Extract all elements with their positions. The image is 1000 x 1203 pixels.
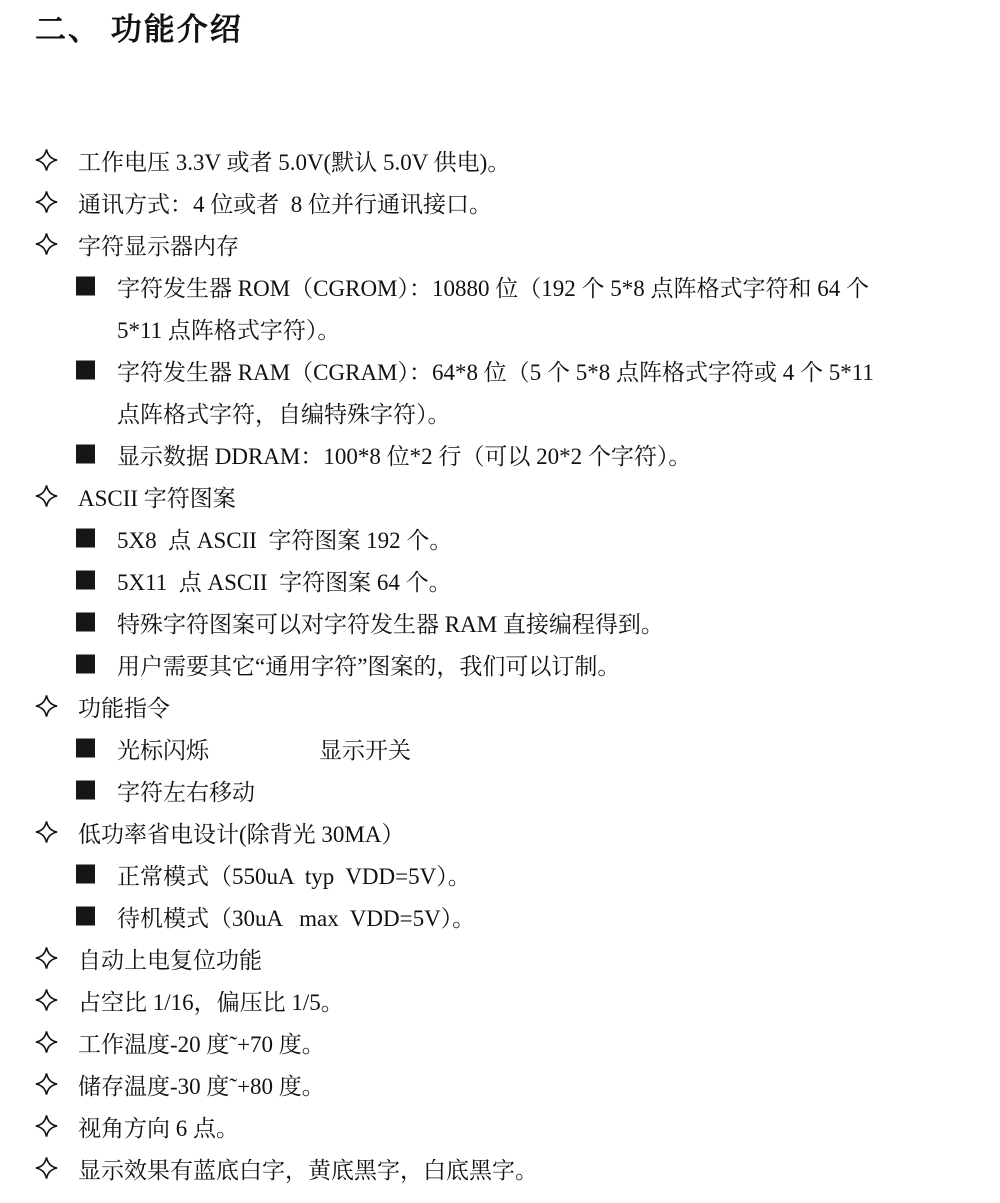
square-bullet-shape — [76, 613, 95, 632]
feature-text: 5X11 点 ASCII 字符图案 64 个。 — [117, 564, 452, 597]
feature-line: 通讯方式：4 位或者 8 位并行通讯接口。 — [0, 181, 1000, 223]
diamond-bullet-icon — [35, 149, 58, 172]
diamond-bullet-icon — [35, 1031, 58, 1054]
feature-text: 工作温度-20 度˜+70 度。 — [78, 1026, 325, 1059]
column-gap — [209, 748, 319, 749]
feature-line: 5X8 点 ASCII 字符图案 192 个。 — [0, 517, 1000, 559]
diamond-bullet-icon — [35, 989, 58, 1012]
feature-text: 字符左右移动 — [117, 774, 255, 807]
diamond-bullet-icon — [35, 191, 58, 214]
square-bullet-icon — [76, 361, 95, 380]
square-bullet-icon — [76, 277, 95, 296]
square-bullet-shape — [76, 655, 95, 674]
feature-text: 特殊字符图案可以对字符发生器 RAM 直接编程得到。 — [117, 606, 664, 639]
feature-text: 光标闪烁 — [117, 732, 209, 765]
feature-line: 字符发生器 RAM（CGRAM）：64*8 位（5 个 5*8 点阵格式字符或 … — [0, 349, 1000, 391]
feature-line: 用户需要其它“通用字符”图案的，我们可以订制。 — [0, 643, 1000, 685]
feature-text: 正常模式（550uA typ VDD=5V）。 — [117, 858, 471, 891]
feature-line: 特殊字符图案可以对字符发生器 RAM 直接编程得到。 — [0, 601, 1000, 643]
feature-line-continuation: 5*11 点阵格式字符）。 — [0, 307, 1000, 349]
feature-line: 正常模式（550uA typ VDD=5V）。 — [0, 853, 1000, 895]
feature-line: 占空比 1/16，偏压比 1/5。 — [0, 979, 1000, 1021]
square-bullet-shape — [76, 277, 95, 296]
feature-text: 功能指令 — [78, 690, 170, 723]
feature-line-continuation: 点阵格式字符，自编特殊字符）。 — [0, 391, 1000, 433]
diamond-bullet-icon — [35, 1073, 58, 1096]
feature-line: 字符发生器 ROM（CGROM）：10880 位（192 个 5*8 点阵格式字… — [0, 265, 1000, 307]
square-bullet-shape — [76, 361, 95, 380]
feature-text: 5*11 点阵格式字符）。 — [117, 312, 340, 345]
square-bullet-icon — [76, 529, 95, 548]
feature-text: 自动上电复位功能 — [78, 942, 262, 975]
diamond-bullet-icon — [35, 947, 58, 970]
feature-line: 字符左右移动 — [0, 769, 1000, 811]
feature-line: 字符显示器内存 — [0, 223, 1000, 265]
square-bullet-shape — [76, 529, 95, 548]
diamond-bullet-icon — [35, 695, 58, 718]
feature-line: 储存温度-30 度˜+80 度。 — [0, 1063, 1000, 1105]
feature-line: 显示数据 DDRAM：100*8 位*2 行（可以 20*2 个字符）。 — [0, 433, 1000, 475]
square-bullet-shape — [76, 445, 95, 464]
feature-line: 低功率省电设计(除背光 30MA） — [0, 811, 1000, 853]
document-page: 二、 功能介绍 工作电压 3.3V 或者 5.0V(默认 5.0V 供电)。通讯… — [0, 0, 1000, 1203]
feature-line: 工作温度-20 度˜+70 度。 — [0, 1021, 1000, 1063]
feature-text: 5X8 点 ASCII 字符图案 192 个。 — [117, 522, 452, 555]
feature-text: 点阵格式字符，自编特殊字符）。 — [117, 396, 451, 429]
square-bullet-icon — [76, 445, 95, 464]
feature-line: ASCII 字符图案 — [0, 475, 1000, 517]
diamond-bullet-icon — [35, 233, 58, 256]
feature-line: 自动上电复位功能 — [0, 937, 1000, 979]
diamond-bullet-icon — [35, 1157, 58, 1180]
diamond-bullet-icon — [35, 821, 58, 844]
feature-text: 低功率省电设计(除背光 30MA） — [78, 816, 404, 849]
feature-text-secondary: 显示开关 — [319, 732, 411, 765]
feature-text: 通讯方式：4 位或者 8 位并行通讯接口。 — [78, 186, 492, 219]
feature-text: 显示数据 DDRAM：100*8 位*2 行（可以 20*2 个字符）。 — [117, 438, 691, 471]
feature-text: 储存温度-30 度˜+80 度。 — [78, 1068, 325, 1101]
feature-line: 功能指令 — [0, 685, 1000, 727]
square-bullet-icon — [76, 781, 95, 800]
page-title: 二、 功能介绍 — [35, 4, 243, 49]
feature-text: 工作电压 3.3V 或者 5.0V(默认 5.0V 供电)。 — [78, 144, 510, 177]
feature-text: 显示效果有蓝底白字，黄底黑字，白底黑字。 — [78, 1152, 538, 1185]
feature-text: 用户需要其它“通用字符”图案的，我们可以订制。 — [117, 648, 620, 681]
square-bullet-shape — [76, 781, 95, 800]
feature-line: 工作电压 3.3V 或者 5.0V(默认 5.0V 供电)。 — [0, 139, 1000, 181]
feature-text: 字符发生器 ROM（CGROM）：10880 位（192 个 5*8 点阵格式字… — [117, 270, 869, 303]
feature-list: 工作电压 3.3V 或者 5.0V(默认 5.0V 供电)。通讯方式：4 位或者… — [0, 139, 1000, 1189]
feature-line: 视角方向 6 点。 — [0, 1105, 1000, 1147]
square-bullet-icon — [76, 907, 95, 926]
square-bullet-icon — [76, 571, 95, 590]
diamond-bullet-icon — [35, 1115, 58, 1138]
feature-text: 占空比 1/16，偏压比 1/5。 — [78, 984, 344, 1017]
feature-line: 光标闪烁显示开关 — [0, 727, 1000, 769]
square-bullet-shape — [76, 571, 95, 590]
diamond-bullet-icon — [35, 485, 58, 508]
feature-line: 待机模式（30uA max VDD=5V）。 — [0, 895, 1000, 937]
feature-text: ASCII 字符图案 — [78, 480, 236, 513]
square-bullet-shape — [76, 739, 95, 758]
feature-text: 字符显示器内存 — [78, 228, 239, 261]
feature-text: 字符发生器 RAM（CGRAM）：64*8 位（5 个 5*8 点阵格式字符或 … — [117, 354, 874, 387]
square-bullet-shape — [76, 907, 95, 926]
square-bullet-icon — [76, 739, 95, 758]
feature-text: 视角方向 6 点。 — [78, 1110, 239, 1143]
feature-line: 显示效果有蓝底白字，黄底黑字，白底黑字。 — [0, 1147, 1000, 1189]
square-bullet-icon — [76, 655, 95, 674]
feature-text: 待机模式（30uA max VDD=5V）。 — [117, 900, 475, 933]
square-bullet-shape — [76, 865, 95, 884]
feature-line: 5X11 点 ASCII 字符图案 64 个。 — [0, 559, 1000, 601]
square-bullet-icon — [76, 865, 95, 884]
square-bullet-icon — [76, 613, 95, 632]
